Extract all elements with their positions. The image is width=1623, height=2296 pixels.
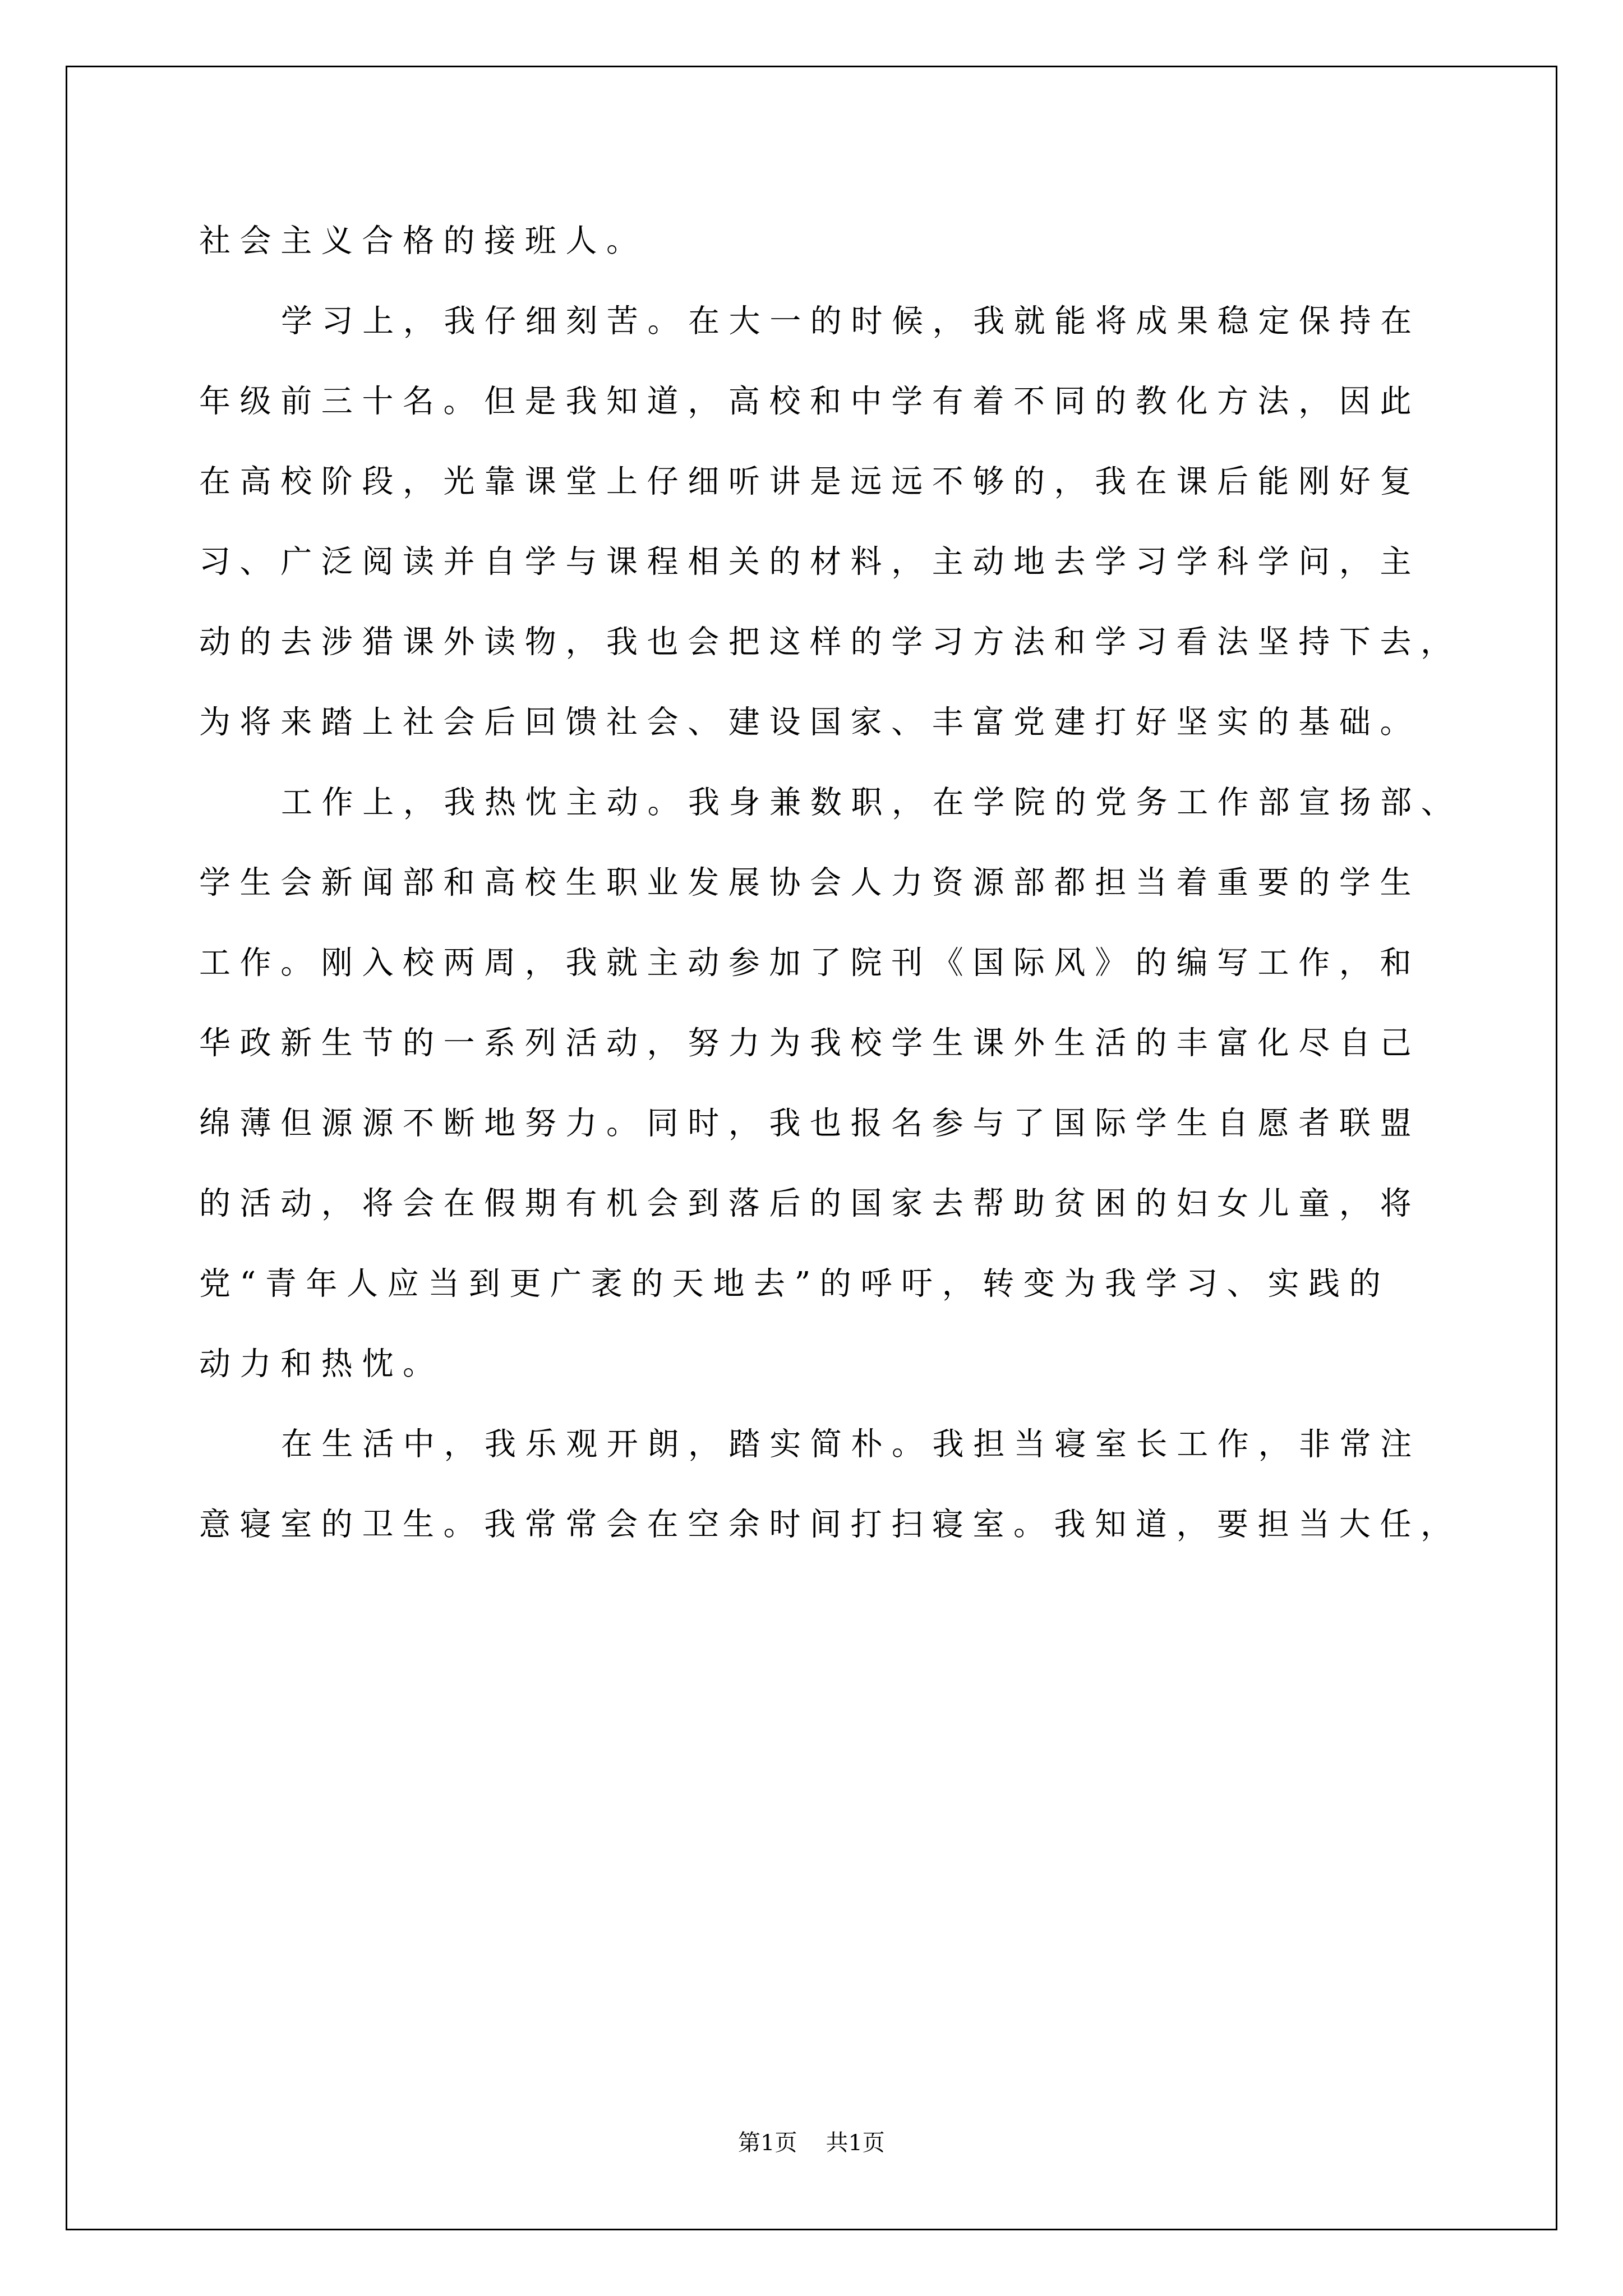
- text-line: 动的去涉猎课外读物，我也会把这样的学习方法和学习看法坚持下去，: [199, 615, 1461, 669]
- text-line: 的活动，将会在假期有机会到落后的国家去帮助贫困的妇女儿童，将: [199, 1177, 1421, 1231]
- text-line: 学生会新闻部和高校生职业发展协会人力资源部都担当着重要的学生: [199, 856, 1421, 910]
- text-line: 华政新生节的一系列活动，努力为我校学生课外生活的丰富化尽自己: [199, 1016, 1421, 1070]
- paragraph-start-line: 在生活中，我乐观开朗，踏实简朴。我担当寝室长工作，非常注: [281, 1418, 1421, 1471]
- text-line: 在高校阶段，光靠课堂上仔细听讲是远远不够的，我在课后能刚好复: [199, 455, 1421, 509]
- text-line: 年级前三十名。但是我知道，高校和中学有着不同的教化方法，因此: [199, 375, 1421, 429]
- paragraph-start-line: 工作上，我热忱主动。我身兼数职，在学院的党务工作部宣扬部、: [281, 776, 1461, 830]
- text-line: 意寝室的卫生。我常常会在空余时间打扫寝室。我知道，要担当大任，: [199, 1498, 1461, 1552]
- page-total: 共1页: [826, 2130, 884, 2156]
- text-line: 习、广泛阅读并自学与课程相关的材料，主动地去学习学科学问，主: [199, 535, 1421, 589]
- text-line: 工作。刚入校两周，我就主动参加了院刊《国际风》的编写工作，和: [199, 936, 1421, 990]
- paragraph-start-line: 学习上，我仔细刻苦。在大一的时候，我就能将成果稳定保持在: [281, 295, 1421, 348]
- page-number: 第1页: [738, 2130, 797, 2156]
- footer-spacer: [797, 2130, 826, 2156]
- text-line: 动力和热忱。: [199, 1337, 444, 1391]
- page-footer: 第1页 共1页: [0, 2126, 1623, 2160]
- text-line: 绵薄但源源不断地努力。同时，我也报名参与了国际学生自愿者联盟: [199, 1097, 1421, 1151]
- text-line: 党“青年人应当到更广袤的天地去”的呼吁，转变为我学习、实践的: [199, 1257, 1390, 1311]
- text-line: 社会主义合格的接班人。: [199, 214, 647, 268]
- text-line: 为将来踏上社会后回馈社会、建设国家、丰富党建打好坚实的基础。: [199, 696, 1421, 749]
